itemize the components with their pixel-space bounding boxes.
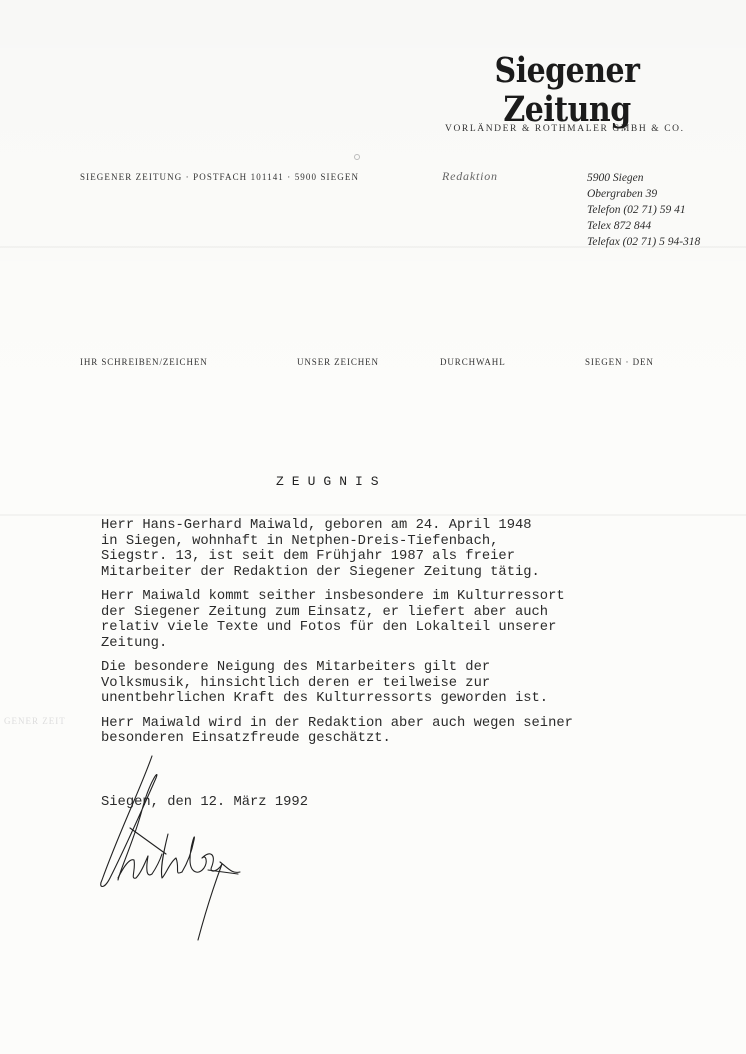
ref-date: SIEGEN · DEN	[585, 357, 654, 367]
address-city: 5900 Siegen	[587, 170, 700, 186]
paper-fold	[0, 514, 746, 516]
sender-return-address: SIEGENER ZEITUNG · POSTFACH 101141 · 590…	[80, 172, 359, 182]
masthead: Siegener Zeitung VORLÄNDER & ROTHMALER G…	[436, 52, 698, 134]
paragraph: Herr Maiwald wird in der Redaktion aber …	[101, 716, 661, 747]
address-street: Obergraben 39	[587, 186, 700, 202]
ref-our-sign: UNSER ZEICHEN	[297, 357, 379, 367]
paragraph: Die besondere Neigung des Mitarbeiters g…	[101, 660, 661, 707]
signature-icon	[90, 750, 350, 950]
ref-extension: DURCHWAHL	[440, 357, 506, 367]
department-label: Redaktion	[442, 169, 498, 184]
letter-page: Siegener Zeitung VORLÄNDER & ROTHMALER G…	[0, 0, 746, 1054]
contact-address-block: 5900 Siegen Obergraben 39 Telefon (02 71…	[587, 170, 700, 250]
show-through-text: GENER ZEIT	[4, 716, 66, 726]
address-fax: Telefax (02 71) 5 94-318	[587, 234, 700, 250]
letter-heading: ZEUGNIS	[276, 474, 387, 489]
paragraph: Herr Maiwald kommt seither insbesondere …	[101, 589, 661, 651]
address-phone: Telefon (02 71) 59 41	[587, 202, 700, 218]
paragraph: Herr Hans-Gerhard Maiwald, geboren am 24…	[101, 518, 661, 580]
ref-your-letter: IHR SCHREIBEN/ZEICHEN	[80, 357, 208, 367]
punch-mark	[354, 154, 360, 160]
brand-logo: Siegener Zeitung	[436, 52, 698, 130]
address-telex: Telex 872 844	[587, 218, 700, 234]
letter-body: Herr Hans-Gerhard Maiwald, geboren am 24…	[101, 518, 661, 756]
